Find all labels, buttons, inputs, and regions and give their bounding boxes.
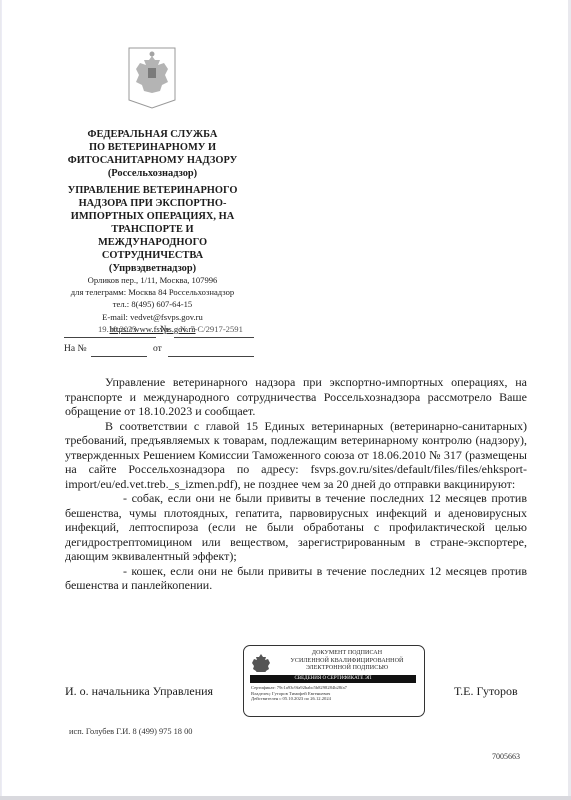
signatory-name: Т.Е. Гуторов (454, 684, 518, 699)
stamp-title-line: ЭЛЕКТРОННОЙ ПОДПИСЬЮ (272, 665, 422, 673)
stamp-title-line: ДОКУМЕНТ ПОДПИСАН (272, 650, 422, 658)
registration-date: 19.10.2023 (98, 324, 137, 334)
agency-short-name: (Россельхознадзор) (54, 167, 251, 180)
department-line: УПРАВЛЕНИЕ ВЕТЕРИНАРНОГО (54, 184, 251, 197)
registration-number: № 7-С/2917-2591 (180, 324, 243, 334)
reply-reference-line: На № от (64, 344, 254, 358)
registration-line: 19.10.2023 № № 7-С/2917-2591 (64, 324, 254, 338)
reply-to-label: На № (64, 344, 87, 354)
certificate-validity: Действителен с 05.10.2023 по 26.12.2024 (251, 696, 419, 702)
page-edge-shadow (0, 796, 571, 800)
electronic-signature-stamp: ДОКУМЕНТ ПОДПИСАН УСИЛЕННОЙ КВАЛИФИЦИРОВ… (243, 645, 425, 717)
coat-of-arms-icon (252, 652, 270, 672)
reply-from-label: от (153, 344, 162, 354)
signatory-position: И. о. начальника Управления (65, 684, 213, 699)
department-name: УПРАВЛЕНИЕ ВЕТЕРИНАРНОГО НАДЗОРА ПРИ ЭКС… (54, 184, 251, 275)
certificate-details: Сертификат: 79c1a93c9fa92babc5b8298284b2… (251, 685, 419, 702)
document-page: ФЕДЕРАЛЬНАЯ СЛУЖБА ПО ВЕТЕРИНАРНОМУ И ФИ… (1, 0, 568, 796)
executor-info: исп. Голубев Г.И. 8 (499) 975 18 00 (69, 727, 192, 736)
paragraph: Управление ветеринарного надзора при экс… (65, 375, 527, 419)
agency-line: ПО ВЕТЕРИНАРНОМУ И (54, 141, 251, 154)
agency-name: ФЕДЕРАЛЬНАЯ СЛУЖБА ПО ВЕТЕРИНАРНОМУ И ФИ… (54, 128, 251, 180)
stamp-title: ДОКУМЕНТ ПОДПИСАН УСИЛЕННОЙ КВАЛИФИЦИРОВ… (272, 650, 422, 673)
department-line: МЕЖДУНАРОДНОГО (54, 236, 251, 249)
email: E-mail: vedvet@fsvps.gov.ru (54, 311, 251, 323)
department-line: НАДЗОРА ПРИ ЭКСПОРТНО- (54, 197, 251, 210)
address: Орликов пер., 1/11, Москва, 107996 (54, 274, 251, 286)
letter-body: Управление ветеринарного надзора при экс… (65, 375, 527, 593)
certificate-info-bar: СВЕДЕНИЯ О СЕРТИФИКАТЕ ЭП (250, 675, 416, 683)
department-line: ТРАНСПОРТЕ И (54, 223, 251, 236)
document-number: 7005663 (492, 752, 520, 761)
list-item: - кошек, если они не были привиты в тече… (65, 564, 527, 593)
agency-line: ФЕДЕРАЛЬНАЯ СЛУЖБА (54, 128, 251, 141)
list-item: - собак, если они не были привиты в тече… (65, 491, 527, 564)
paragraph: В соответствии с главой 15 Единых ветери… (65, 419, 527, 492)
russian-coat-of-arms-icon (127, 46, 177, 110)
department-line: ИМПОРТНЫХ ОПЕРАЦИЯХ, НА (54, 210, 251, 223)
department-line: СОТРУДНИЧЕСТВА (54, 249, 251, 262)
telegram-address: для телеграмм: Москва 84 Россельхознадзо… (54, 286, 251, 298)
agency-line: ФИТОСАНИТАРНОМУ НАДЗОРУ (54, 154, 251, 167)
phone: тел.: 8(495) 607-64-15 (54, 298, 251, 310)
number-sign: № (160, 325, 169, 335)
